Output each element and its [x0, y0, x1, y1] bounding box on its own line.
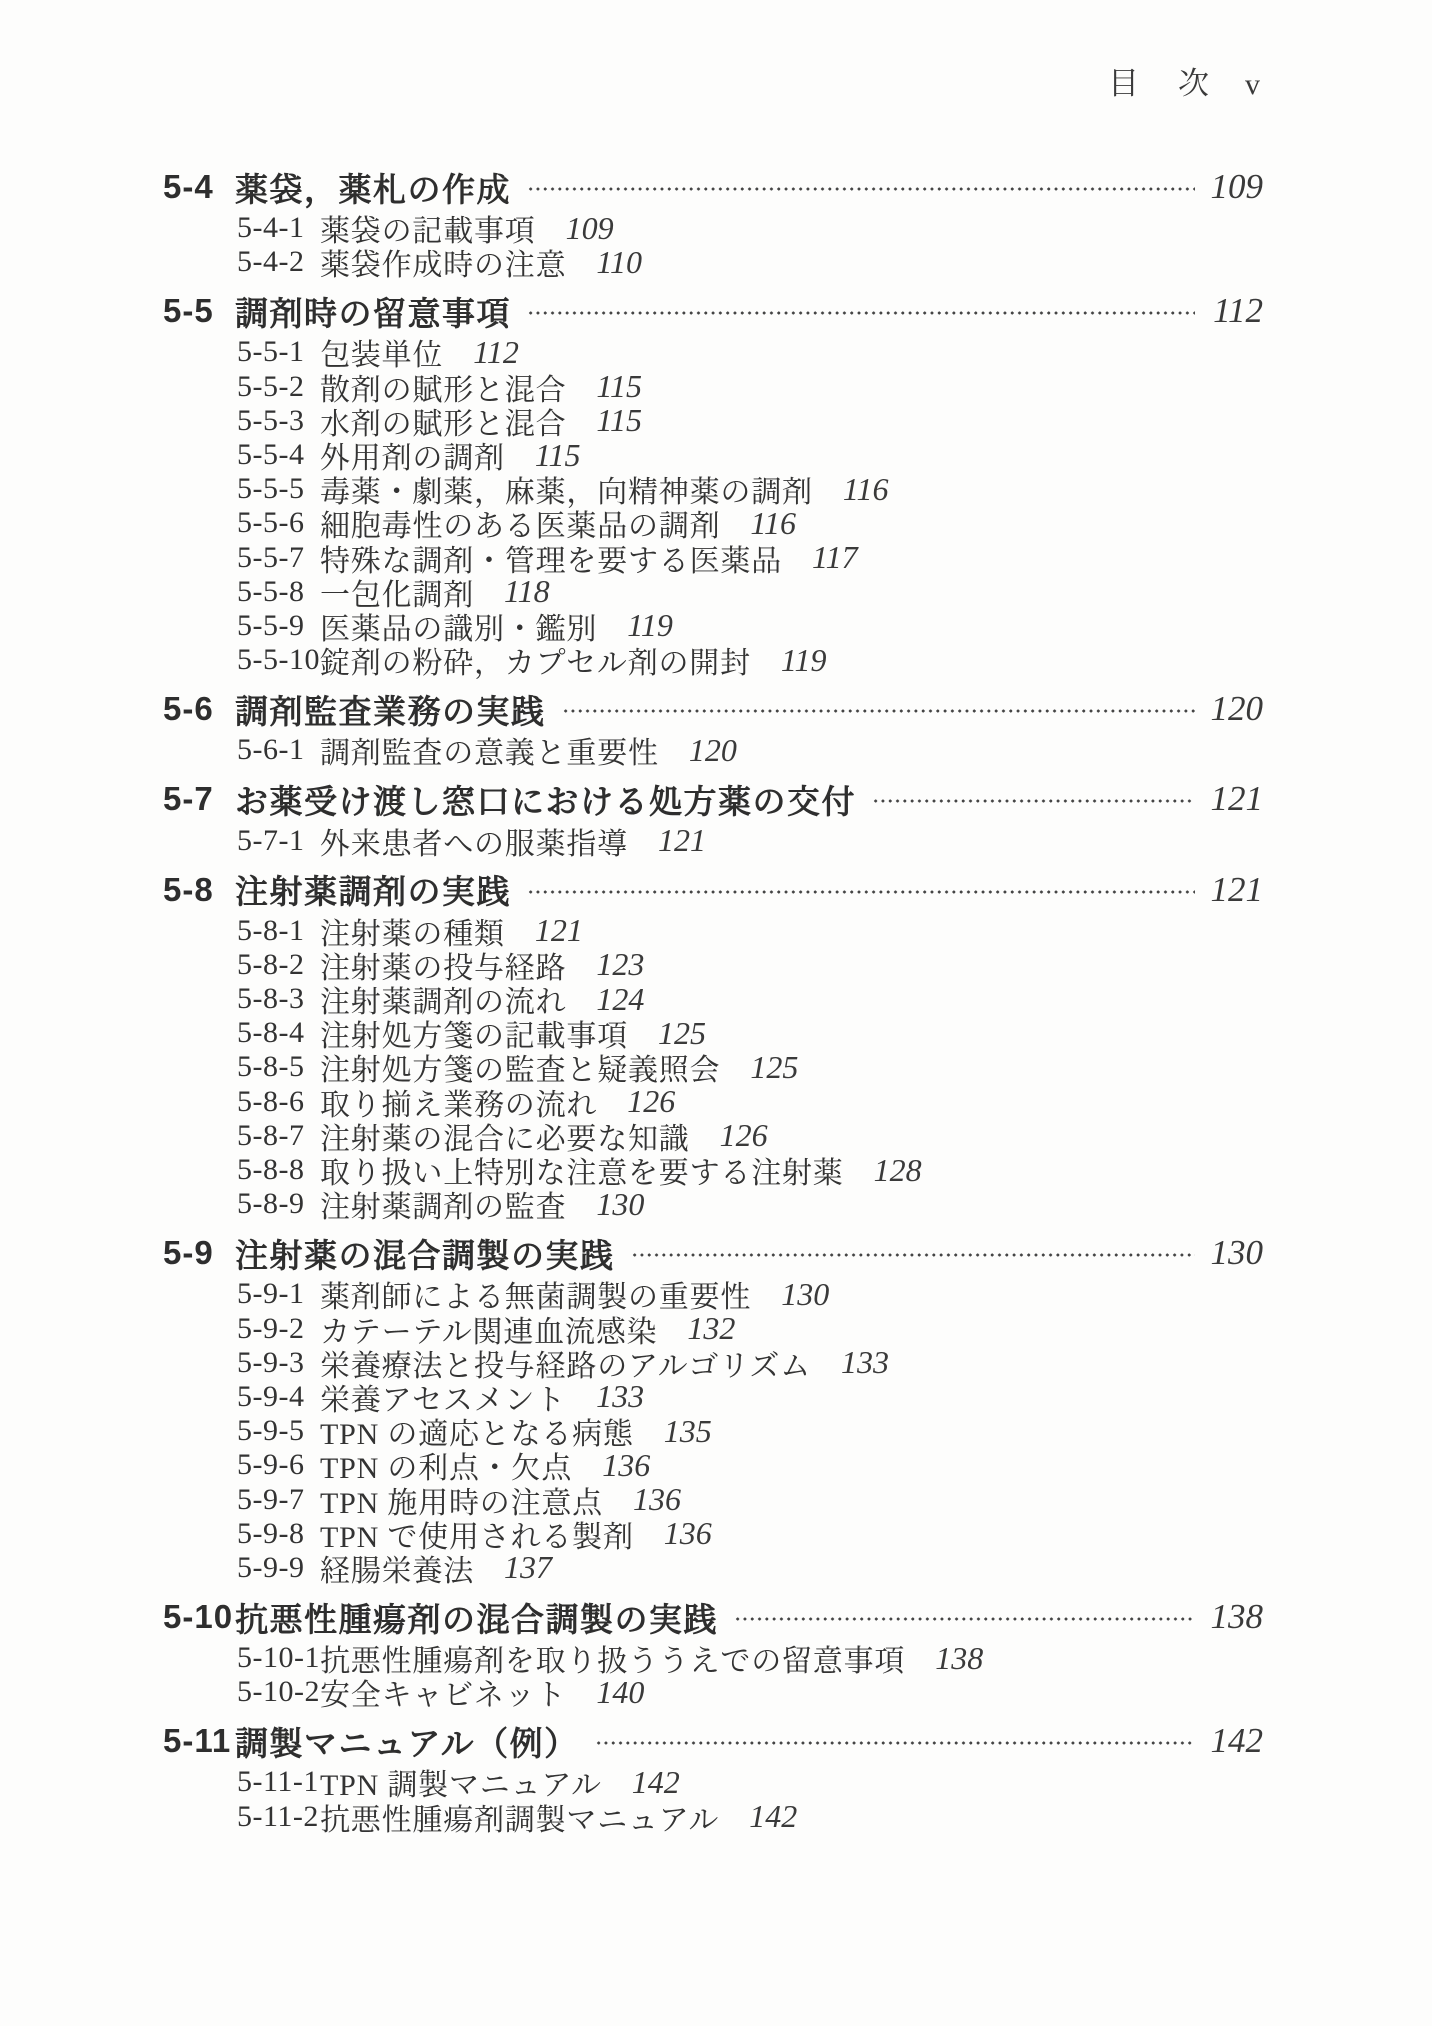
item-number: 5-9-5 — [237, 1414, 320, 1448]
item-number: 5-5-5 — [237, 472, 320, 506]
item-page-number: 136 — [602, 1447, 650, 1484]
toc-page: 目 次v 5-4薬袋，薬札の作成1095-4-1薬袋の記載事項1095-4-2薬… — [0, 0, 1432, 2026]
page-header-page-number: v — [1245, 68, 1260, 101]
toc-item-row: 5-9-9経腸栄養法137 — [163, 1551, 1263, 1585]
item-number: 5-7-1 — [237, 824, 320, 858]
section-page-number: 109 — [1205, 167, 1263, 207]
item-page-number: 109 — [566, 210, 614, 247]
item-number: 5-5-1 — [237, 335, 320, 369]
dot-leader — [595, 1739, 1195, 1747]
toc-item-row: 5-7-1外来患者への服薬指導121 — [163, 823, 1263, 857]
item-title: 安全キャビネット — [320, 1670, 566, 1714]
section-number: 5-7 — [163, 780, 235, 818]
item-title: 経腸栄養法 — [320, 1546, 474, 1590]
section-title: 注射薬の混合調製の実践 — [235, 1230, 615, 1277]
item-page-number: 115 — [596, 368, 642, 405]
item-page-number: 125 — [750, 1049, 798, 1086]
item-page-number: 128 — [874, 1152, 922, 1189]
section-page-number: 120 — [1205, 689, 1263, 729]
item-number: 5-8-2 — [237, 948, 320, 982]
toc-item-row: 5-4-2薬袋作成時の注意110 — [163, 245, 1263, 279]
section-page-number: 112 — [1205, 291, 1263, 331]
item-number: 5-11-1 — [237, 1765, 320, 1799]
item-number: 5-8-3 — [237, 982, 320, 1016]
item-number: 5-10-1 — [237, 1641, 320, 1675]
item-page-number: 119 — [781, 642, 827, 679]
item-number: 5-5-2 — [237, 370, 320, 404]
toc-section-row: 5-11調製マニュアル（例）142 — [163, 1718, 1263, 1764]
item-page-number: 123 — [596, 946, 644, 983]
item-title: 薬袋作成時の注意 — [320, 240, 566, 284]
item-page-number: 136 — [664, 1515, 712, 1552]
item-number: 5-5-7 — [237, 541, 320, 575]
item-number: 5-4-2 — [237, 245, 320, 279]
item-page-number: 136 — [633, 1481, 681, 1518]
toc-section-row: 5-4薬袋，薬札の作成109 — [163, 164, 1263, 210]
dot-leader — [631, 1251, 1196, 1259]
item-page-number: 135 — [664, 1413, 712, 1450]
item-page-number: 130 — [781, 1276, 829, 1313]
item-page-number: 120 — [689, 732, 737, 769]
toc-item-row: 5-10-2安全キャビネット140 — [163, 1675, 1263, 1709]
item-number: 5-8-9 — [237, 1187, 320, 1221]
section-title: 調剤時の留意事項 — [235, 288, 511, 335]
item-page-number: 137 — [504, 1549, 552, 1586]
item-number: 5-5-6 — [237, 506, 320, 540]
toc-item-row: 5-6-1調剤監査の意義と重要性120 — [163, 733, 1263, 767]
section-page-number: 121 — [1205, 779, 1263, 819]
item-number: 5-5-9 — [237, 609, 320, 643]
item-title: 注射薬調剤の監査 — [320, 1182, 566, 1226]
item-number: 5-8-7 — [237, 1119, 320, 1153]
toc-section-row: 5-5調剤時の留意事項112 — [163, 288, 1263, 334]
item-page-number: 115 — [596, 402, 642, 439]
item-number: 5-9-4 — [237, 1380, 320, 1414]
item-page-number: 138 — [935, 1640, 983, 1677]
dot-leader — [872, 797, 1195, 805]
item-page-number: 142 — [749, 1798, 797, 1835]
item-page-number: 116 — [843, 471, 889, 508]
section-number: 5-4 — [163, 168, 235, 206]
item-number: 5-9-7 — [237, 1483, 320, 1517]
section-page-number: 142 — [1205, 1721, 1263, 1761]
section-page-number: 138 — [1205, 1597, 1263, 1637]
item-number: 5-5-3 — [237, 404, 320, 438]
toc-item-row: 5-8-9注射薬調剤の監査130 — [163, 1187, 1263, 1221]
item-title: 錠剤の粉砕，カプセル剤の開封 — [320, 638, 751, 682]
item-number: 5-5-10 — [237, 643, 320, 677]
section-title: 注射薬調剤の実践 — [235, 866, 511, 913]
dot-leader — [527, 309, 1195, 317]
section-title: 調製マニュアル（例） — [235, 1718, 579, 1765]
item-page-number: 133 — [841, 1344, 889, 1381]
item-number: 5-8-1 — [237, 914, 320, 948]
section-number: 5-11 — [163, 1722, 235, 1760]
section-number: 5-10 — [163, 1598, 235, 1636]
item-number: 5-8-8 — [237, 1153, 320, 1187]
item-page-number: 121 — [658, 822, 706, 859]
page-header-title: 目 次 — [1108, 66, 1213, 101]
item-title: 抗悪性腫瘍剤調製マニュアル — [320, 1795, 719, 1839]
item-number: 5-9-9 — [237, 1551, 320, 1585]
dot-leader — [527, 185, 1195, 193]
item-number: 5-9-3 — [237, 1346, 320, 1380]
dot-leader — [734, 1615, 1195, 1623]
toc-section-row: 5-6調剤監査業務の実践120 — [163, 686, 1263, 732]
item-number: 5-9-6 — [237, 1448, 320, 1482]
item-page-number: 140 — [596, 1674, 644, 1711]
item-number: 5-11-2 — [237, 1800, 320, 1834]
toc-section-row: 5-7お薬受け渡し窓口における処方薬の交付121 — [163, 776, 1263, 822]
section-title: お薬受け渡し窓口における処方薬の交付 — [235, 776, 856, 823]
page-header: 目 次v — [1108, 58, 1260, 103]
item-number: 5-5-4 — [237, 438, 320, 472]
section-title: 調剤監査業務の実践 — [235, 686, 546, 733]
item-number: 5-9-2 — [237, 1312, 320, 1346]
item-number: 5-9-8 — [237, 1517, 320, 1551]
toc-section-row: 5-10抗悪性腫瘍剤の混合調製の実践138 — [163, 1594, 1263, 1640]
section-number: 5-8 — [163, 871, 235, 909]
section-page-number: 121 — [1205, 870, 1263, 910]
section-number: 5-9 — [163, 1234, 235, 1272]
item-number: 5-8-4 — [237, 1016, 320, 1050]
item-title: 外来患者への服薬指導 — [320, 819, 628, 863]
item-number: 5-8-6 — [237, 1085, 320, 1119]
dot-leader — [527, 888, 1195, 896]
toc-section-row: 5-9注射薬の混合調製の実践130 — [163, 1230, 1263, 1276]
item-number: 5-5-8 — [237, 575, 320, 609]
toc-list: 5-4薬袋，薬札の作成1095-4-1薬袋の記載事項1095-4-2薬袋作成時の… — [0, 0, 1432, 1834]
section-number: 5-5 — [163, 292, 235, 330]
dot-leader — [562, 707, 1196, 715]
item-page-number: 130 — [596, 1186, 644, 1223]
item-number: 5-4-1 — [237, 211, 320, 245]
toc-section-row: 5-8注射薬調剤の実践121 — [163, 867, 1263, 913]
toc-item-row: 5-11-2抗悪性腫瘍剤調製マニュアル142 — [163, 1800, 1263, 1834]
item-page-number: 110 — [596, 244, 642, 281]
item-page-number: 117 — [812, 539, 858, 576]
item-number: 5-10-2 — [237, 1675, 320, 1709]
section-number: 5-6 — [163, 690, 235, 728]
item-title: 調剤監査の意義と重要性 — [320, 728, 659, 772]
toc-item-row: 5-5-10錠剤の粉砕，カプセル剤の開封119 — [163, 643, 1263, 677]
item-number: 5-8-5 — [237, 1050, 320, 1084]
section-title: 抗悪性腫瘍剤の混合調製の実践 — [235, 1594, 718, 1641]
item-number: 5-6-1 — [237, 733, 320, 767]
section-title: 薬袋，薬札の作成 — [235, 164, 511, 211]
section-page-number: 130 — [1205, 1233, 1263, 1273]
item-number: 5-9-1 — [237, 1277, 320, 1311]
